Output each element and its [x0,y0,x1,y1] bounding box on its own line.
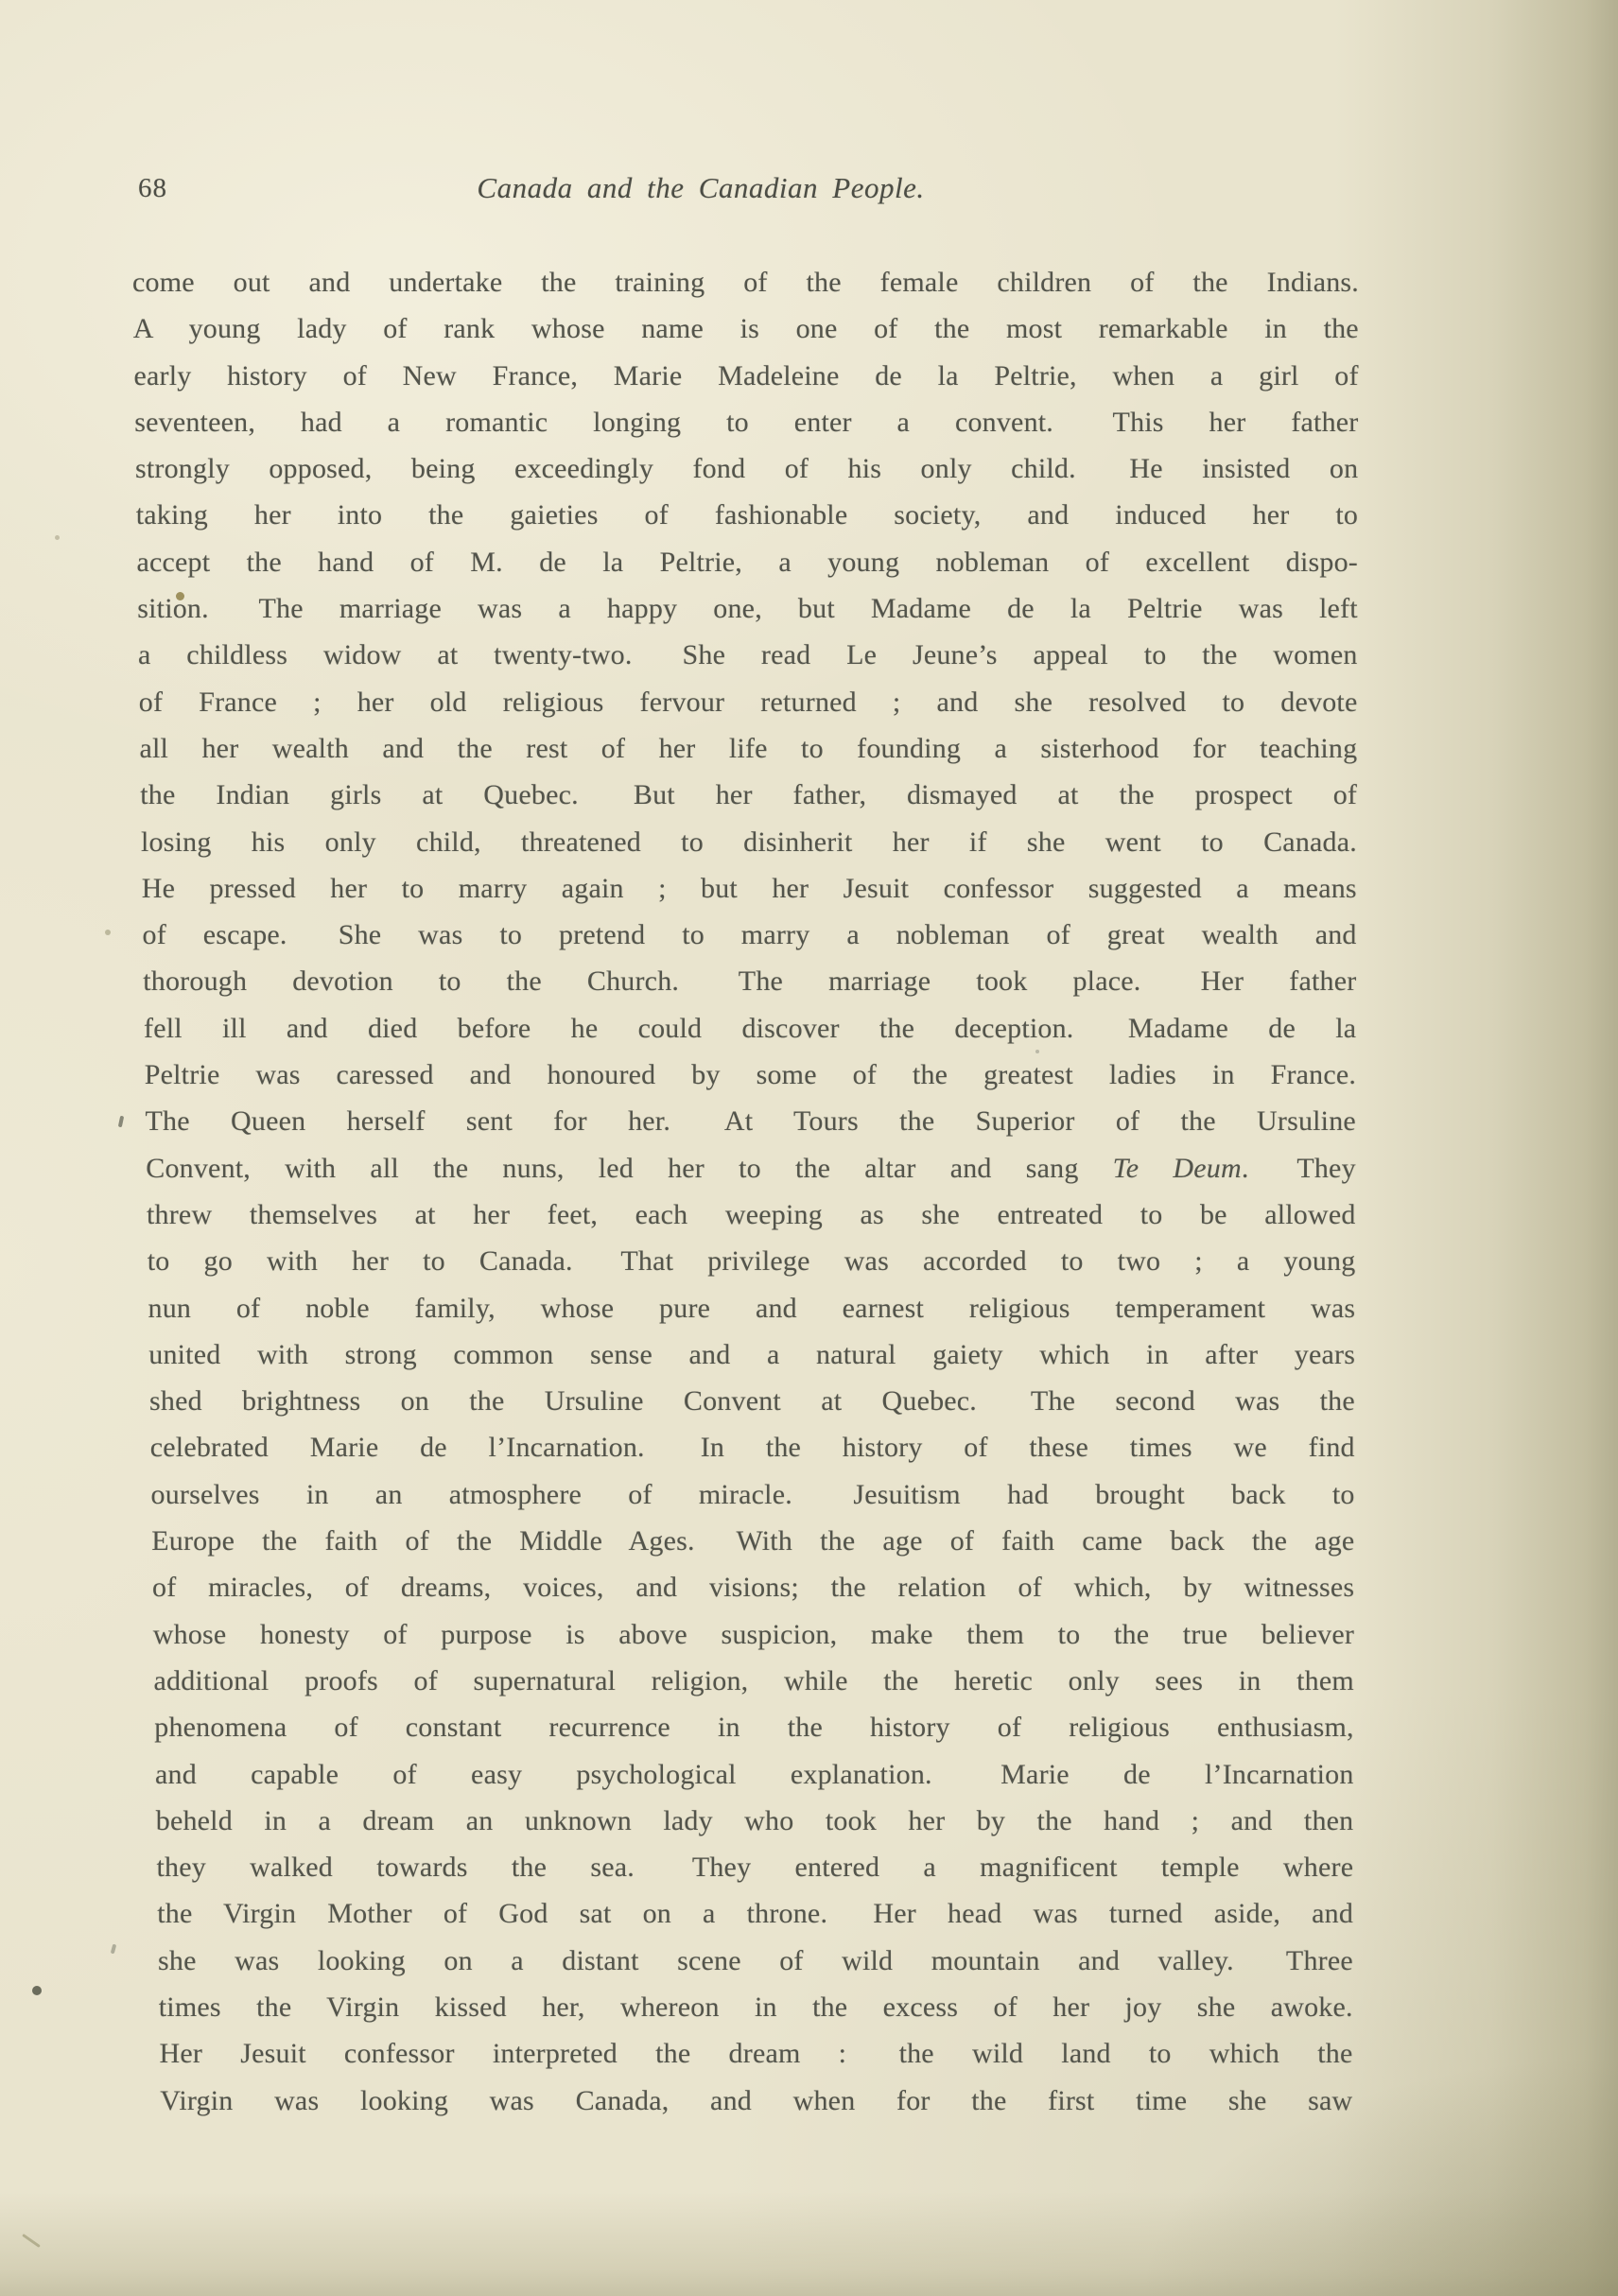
scan-speck [32,1986,42,1995]
text-line: and capable of easy psychological explan… [155,1751,1354,1798]
text-line: The Queen herself sent for her. At Tours… [146,1098,1356,1144]
text-line: ourselves in an atmosphere of miracle. J… [151,1471,1355,1518]
text-line: of escape. She was to pretend to marry a… [143,912,1357,958]
text-line: fell ill and died before he could discov… [144,1005,1356,1052]
text-line: Her Jesuit confessor interpreted the dre… [160,2030,1353,2077]
italic-phrase: Te Deum [1113,1153,1242,1184]
stray-mark [118,1116,124,1128]
text-line: nun of noble family, whose pure and earn… [148,1285,1356,1331]
text-line: taking her into the gaieties of fashiona… [136,492,1358,538]
page-body: come out and undertake the training of t… [132,259,1400,2124]
text-line: beheld in a dream an unknown lady who to… [156,1798,1354,1844]
text-line: additional proofs of supernatural religi… [154,1658,1354,1704]
text-line: of France ; her old religious fervour re… [139,679,1358,725]
text-line: all her wealth and the rest of her life … [140,725,1358,772]
text-line: she was looking on a distant scene of wi… [158,1938,1353,1984]
text-line: of miracles, of dreams, voices, and visi… [152,1564,1354,1610]
text-line: Virgin was looking was Canada, and when … [160,2078,1352,2124]
paper-fiber [22,2234,41,2248]
text-line: phenomena of constant recurrence in the … [154,1704,1353,1750]
text-line: strongly opposed, being exceedingly fond… [135,445,1358,492]
scan-speck [55,535,60,540]
text-line: to go with her to Canada. That privilege… [148,1238,1356,1284]
text-line: whose honesty of purpose is above suspic… [153,1611,1354,1658]
text-line: Peltrie was caressed and honoured by som… [145,1052,1356,1098]
running-title: Canada and the Canadian People. [132,171,1359,205]
text-line: come out and undertake the training of t… [132,259,1359,305]
stray-mark [111,1944,116,1955]
text-line: seventeen, had a romantic longing to ent… [134,399,1358,445]
page-edge-shadow-bottom [0,2192,1618,2296]
page-header: 68 Canada and the Canadian People. [132,171,1359,213]
text-line: the Virgin Mother of God sat on a throne… [157,1890,1353,1937]
text-line: He pressed her to marry again ; but her … [142,865,1357,912]
page-number: 68 [138,173,167,204]
text-line: times the Virgin kissed her, whereon in … [159,1984,1353,2030]
text-line: united with strong common sense and a na… [148,1331,1355,1378]
text-line: Europe the faith of the Middle Ages. Wit… [151,1518,1354,1564]
text-line: A young lady of rank whose name is one o… [133,305,1359,352]
text-line: Convent, with all the nuns, led her to t… [146,1145,1356,1191]
text-line: threw themselves at her feet, each weepi… [147,1191,1356,1238]
text-line: shed brightness on the Ursuline Convent … [149,1378,1355,1424]
text-line: a childless widow at twenty-two. She rea… [138,632,1358,678]
text-line: losing his only child, threatened to dis… [141,819,1357,865]
scan-speck [105,930,111,935]
text-line: accept the hand of M. de la Peltrie, a y… [137,539,1358,585]
text-line: celebrated Marie de l’Incarnation. In th… [150,1424,1355,1470]
text-line: sition. The marriage was a happy one, bu… [137,585,1358,632]
text-line: early history of New France, Marie Madel… [134,353,1359,399]
text-line: the Indian girls at Quebec. But her fath… [140,772,1357,818]
text-line: they walked towards the sea. They entere… [157,1844,1354,1890]
book-page-scan: 68 Canada and the Canadian People. come … [0,0,1618,2296]
text-line: thorough devotion to the Church. The mar… [143,958,1356,1004]
